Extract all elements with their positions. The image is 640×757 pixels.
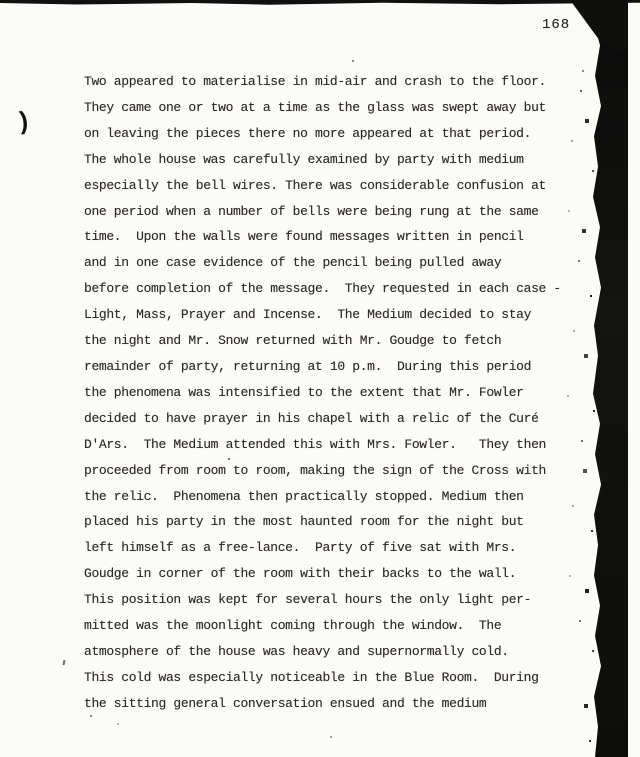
scan-noise-specks-faint bbox=[0, 0, 2, 2]
text-line: This cold was especially noticeable in t… bbox=[84, 665, 561, 691]
text-line: D'Ars. The Medium attended this with Mrs… bbox=[84, 432, 561, 458]
text-line: atmosphere of the house was heavy and su… bbox=[84, 639, 561, 665]
text-line: decided to have prayer in his chapel wit… bbox=[84, 406, 561, 432]
text-line: before completion of the message. They r… bbox=[84, 276, 561, 302]
text-line: on leaving the pieces there no more appe… bbox=[84, 121, 561, 147]
scan-binding-edge bbox=[592, 0, 628, 757]
text-line: left himself as a free-lance. Party of f… bbox=[84, 535, 561, 561]
stray-ink-mark: ) bbox=[15, 107, 33, 137]
text-line: the night and Mr. Snow returned with Mr.… bbox=[84, 328, 561, 354]
text-line: proceeded from room to room, making the … bbox=[84, 458, 561, 484]
text-line: This position was kept for several hours… bbox=[84, 587, 561, 613]
text-line: time. Upon the walls were found messages… bbox=[84, 224, 561, 250]
text-line: placed his party in the most haunted roo… bbox=[84, 509, 561, 535]
scanned-document-page: 168 ) Two appeared to materialise in mid… bbox=[0, 0, 640, 757]
text-line: Goudge in corner of the room with their … bbox=[84, 561, 561, 587]
text-line: one period when a number of bells were b… bbox=[84, 199, 561, 225]
text-line: and in one case evidence of the pencil b… bbox=[84, 250, 561, 276]
page-number: 168 bbox=[542, 17, 570, 33]
scan-corner-shadow bbox=[570, 0, 628, 56]
text-line: The whole house was carefully examined b… bbox=[84, 147, 561, 173]
text-line: They came one or two at a time as the gl… bbox=[84, 95, 561, 121]
text-line: the relic. Phenomena then practically st… bbox=[84, 484, 561, 510]
scan-top-edge bbox=[0, 0, 640, 5]
text-line: remainder of party, returning at 10 p.m.… bbox=[84, 354, 561, 380]
text-line: especially the bell wires. There was con… bbox=[84, 173, 561, 199]
text-line: Two appeared to materialise in mid-air a… bbox=[84, 69, 561, 95]
text-line: mitted was the moonlight coming through … bbox=[84, 613, 561, 639]
typewritten-text: Two appeared to materialise in mid-air a… bbox=[84, 69, 561, 717]
text-line: Light, Mass, Prayer and Incense. The Med… bbox=[84, 302, 561, 328]
text-line: the phenomena was intensified to the ext… bbox=[84, 380, 561, 406]
stray-tick-mark bbox=[62, 660, 65, 665]
text-line: the sitting general conversation ensued … bbox=[84, 691, 561, 717]
